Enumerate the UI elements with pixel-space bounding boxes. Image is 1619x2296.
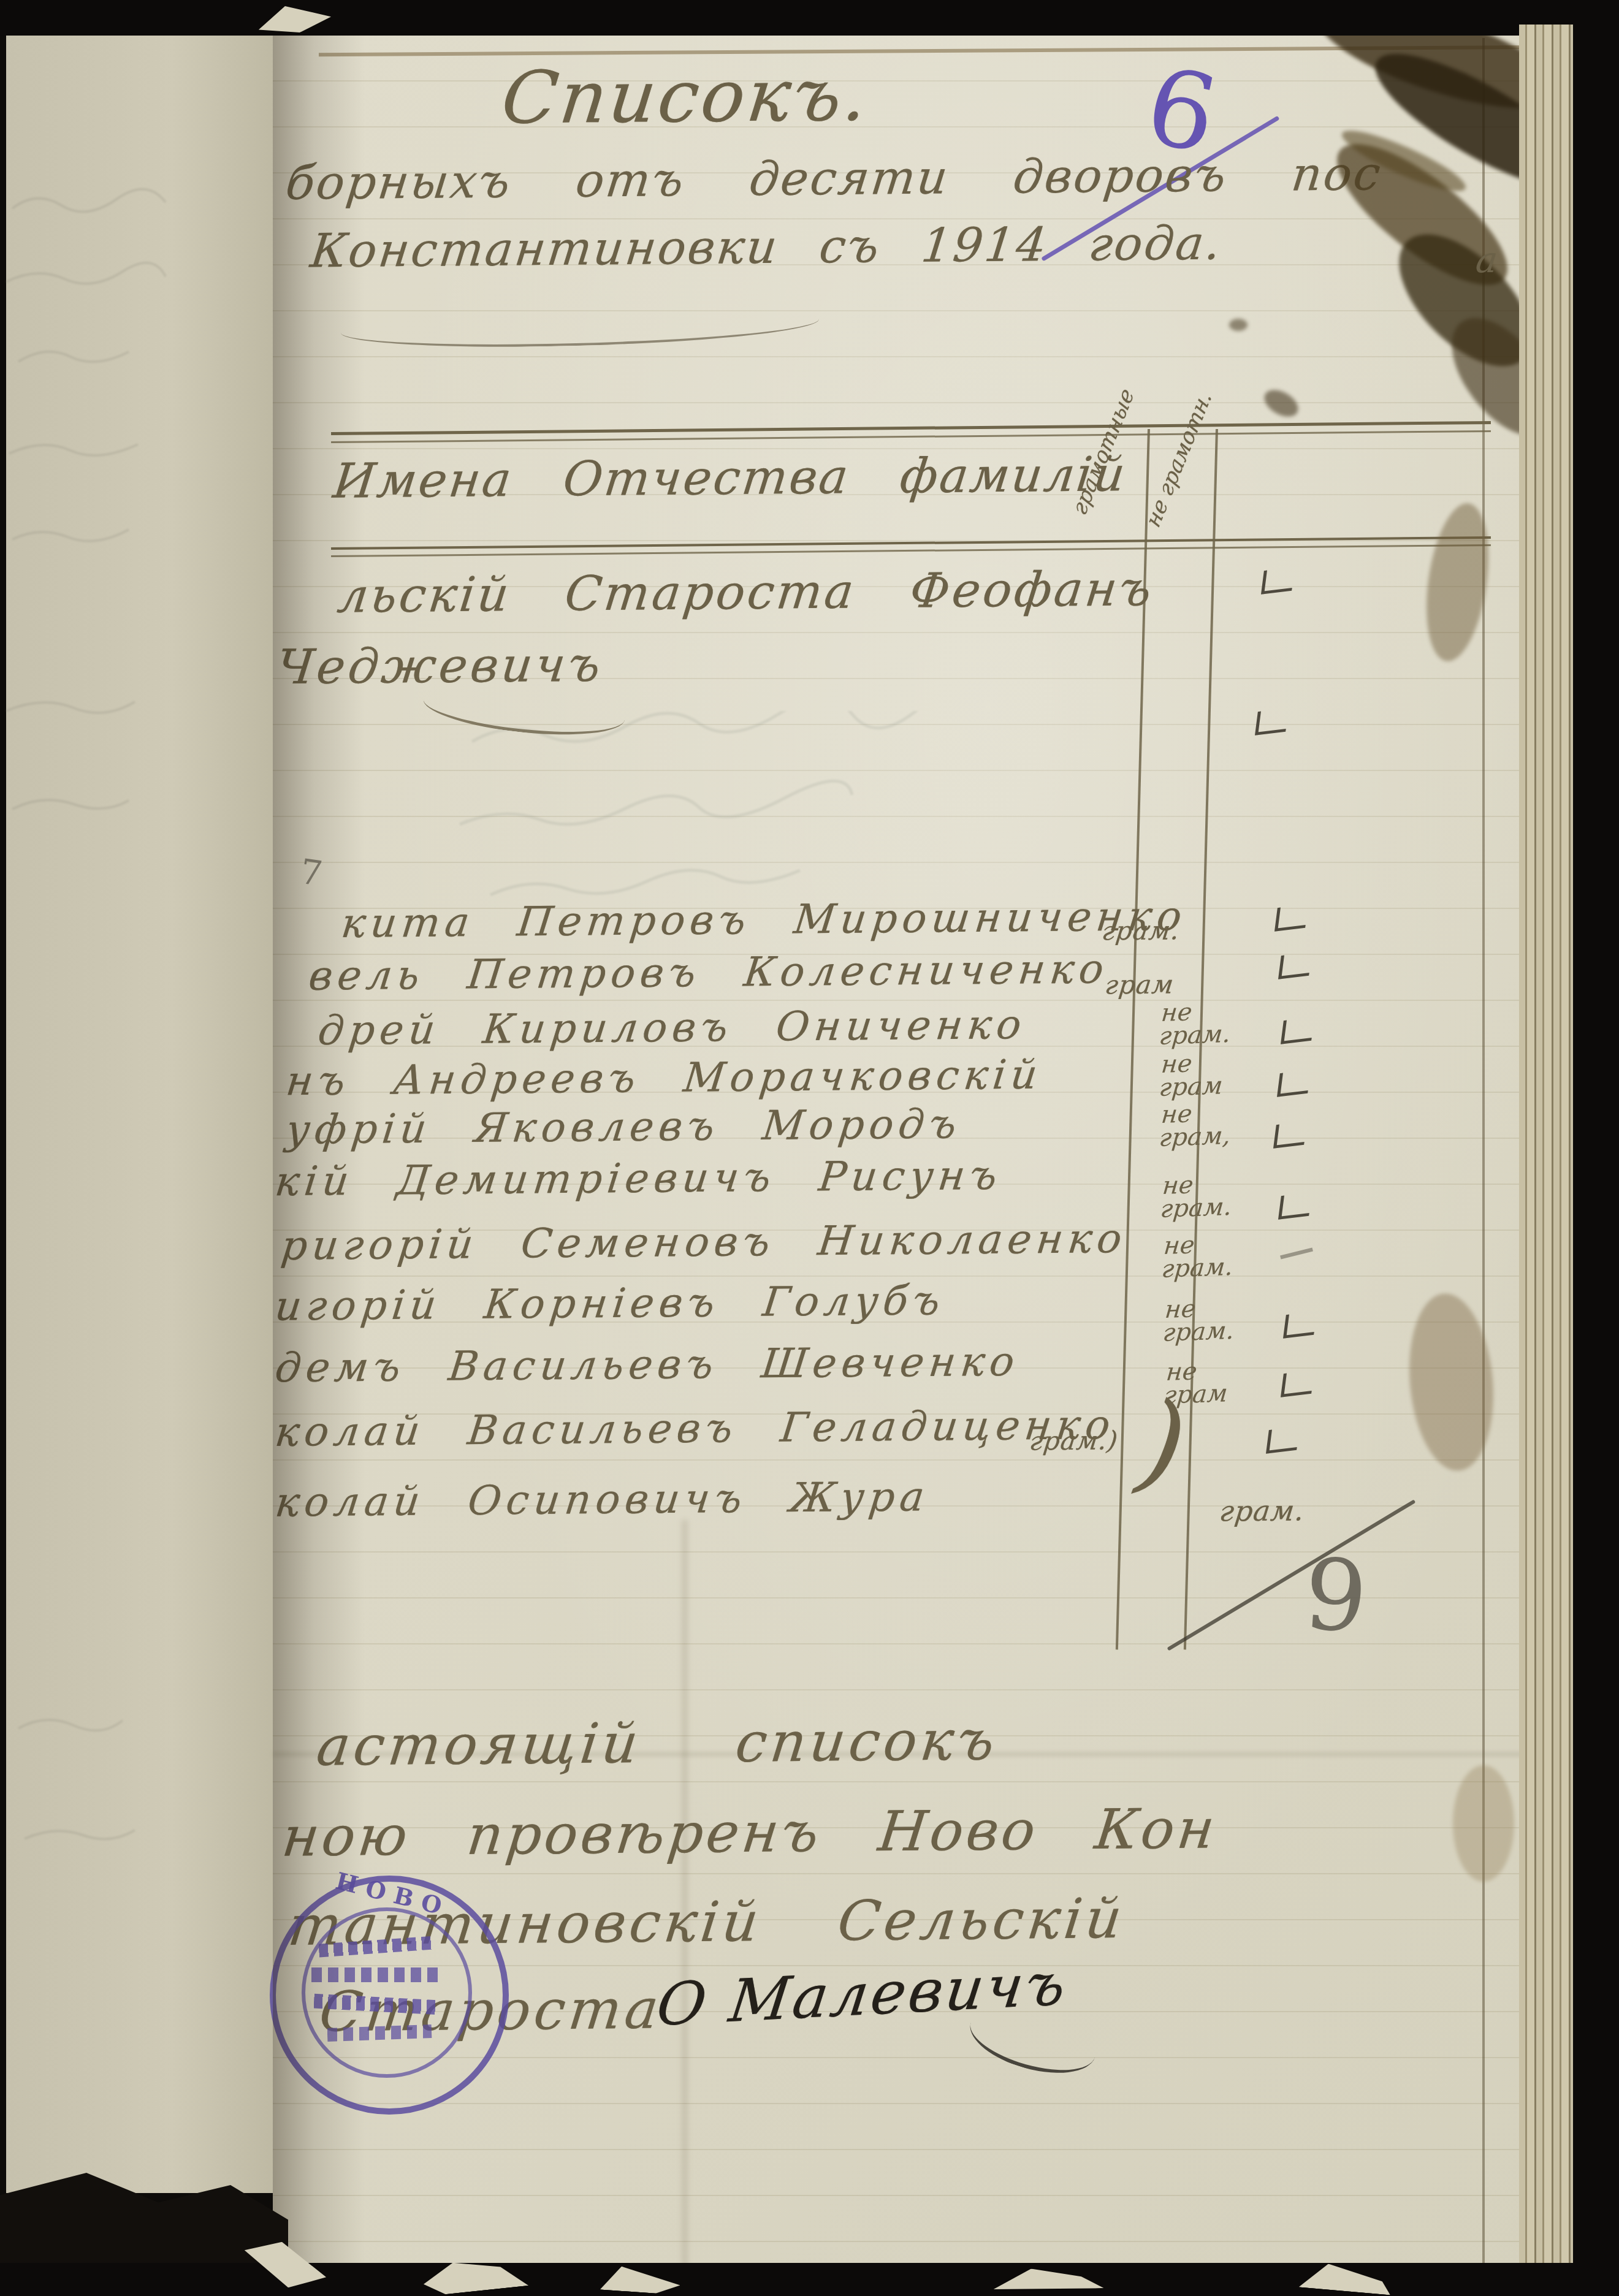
literacy-note: грам. (1100, 915, 1181, 946)
checkmark (1261, 567, 1295, 595)
literacy-note: грам (1103, 970, 1176, 1000)
closing-line2: ною провѣренъ Ново Кон (279, 1796, 1221, 1869)
erased-pencil-traces (454, 711, 1103, 913)
page-stack-edge (1519, 25, 1575, 2280)
checkmark (1278, 952, 1312, 979)
table-row-name: игорій Корніевъ Голубъ (273, 1277, 947, 1330)
ghost-writing-underpage (0, 159, 270, 2121)
table-row-name: нъ Андреевъ Морачковскій (284, 1051, 1045, 1105)
checkmark (1274, 904, 1308, 932)
archival-scan: 6 Списокъ. борныхъ отъ десяти дворовъ по… (0, 0, 1619, 2296)
checkmark (1273, 1121, 1307, 1149)
table-row-name: уфрій Яковлевъ Мородъ (284, 1100, 964, 1154)
table-row-name: демъ Васильевъ Шевченко (273, 1338, 1022, 1392)
checkmark (1266, 1426, 1300, 1454)
title-line2-tail: а (1474, 239, 1499, 281)
literacy-note: не грам. (1160, 1232, 1237, 1281)
elder-entry-line1: льскій Староста Феофанъ (335, 561, 1157, 624)
literacy-note: не грам (1158, 1051, 1235, 1100)
title-line3: Константиновки съ 1914 года. (308, 216, 1225, 278)
backdrop-top (0, 0, 1619, 36)
literacy-note: грам. (1218, 1494, 1306, 1527)
backdrop-right (1573, 0, 1619, 2296)
edge-stain (1453, 1765, 1514, 1882)
checkmark (1283, 1311, 1317, 1339)
table-row-name: кита Петровъ Мирошниченко (339, 892, 1189, 947)
table-row-name: ригорій Семеновъ Николаенко (279, 1215, 1129, 1269)
literacy-note: не грам. (1162, 1296, 1238, 1345)
title-line2: борныхъ отъ десяти дворовъ пос (283, 146, 1385, 210)
official-stamp: НОВО (270, 1876, 509, 2115)
literacy-note: не грам, (1158, 1101, 1235, 1150)
checkmark (1281, 1017, 1314, 1044)
checkmark (1281, 1370, 1314, 1397)
checkmark (1255, 708, 1289, 736)
checkmark (1277, 1070, 1311, 1097)
literacy-note: грам.) (1028, 1425, 1119, 1456)
closing-line1: астоящій списокъ (313, 1708, 1001, 1779)
ink-fleck (1229, 319, 1248, 331)
elder-entry-line2: Чеджевичъ (274, 637, 607, 696)
title: Списокъ. (498, 52, 874, 140)
table-row-name: дрей Кириловъ Ониченко (316, 1001, 1029, 1054)
table-row-name: кій Демитріевичъ Рисунъ (273, 1152, 1005, 1205)
table-row-name: колай Васильевъ Геладиценко (273, 1401, 1118, 1456)
table-row-name: вель Петровъ Колесниченко (307, 945, 1111, 999)
table-header: Имена Отчества фамилій (330, 447, 1129, 509)
checkmark (1278, 1192, 1312, 1220)
literacy-note: не грам. (1159, 1172, 1236, 1221)
table-row-name: колай Осиповичъ Жура (273, 1473, 932, 1526)
stamp-illegible-row (311, 1967, 443, 1982)
total-count: 9 (1301, 1537, 1371, 1655)
literacy-note: не грам. (1158, 999, 1235, 1048)
stamp-inner-ring (302, 1907, 472, 2078)
